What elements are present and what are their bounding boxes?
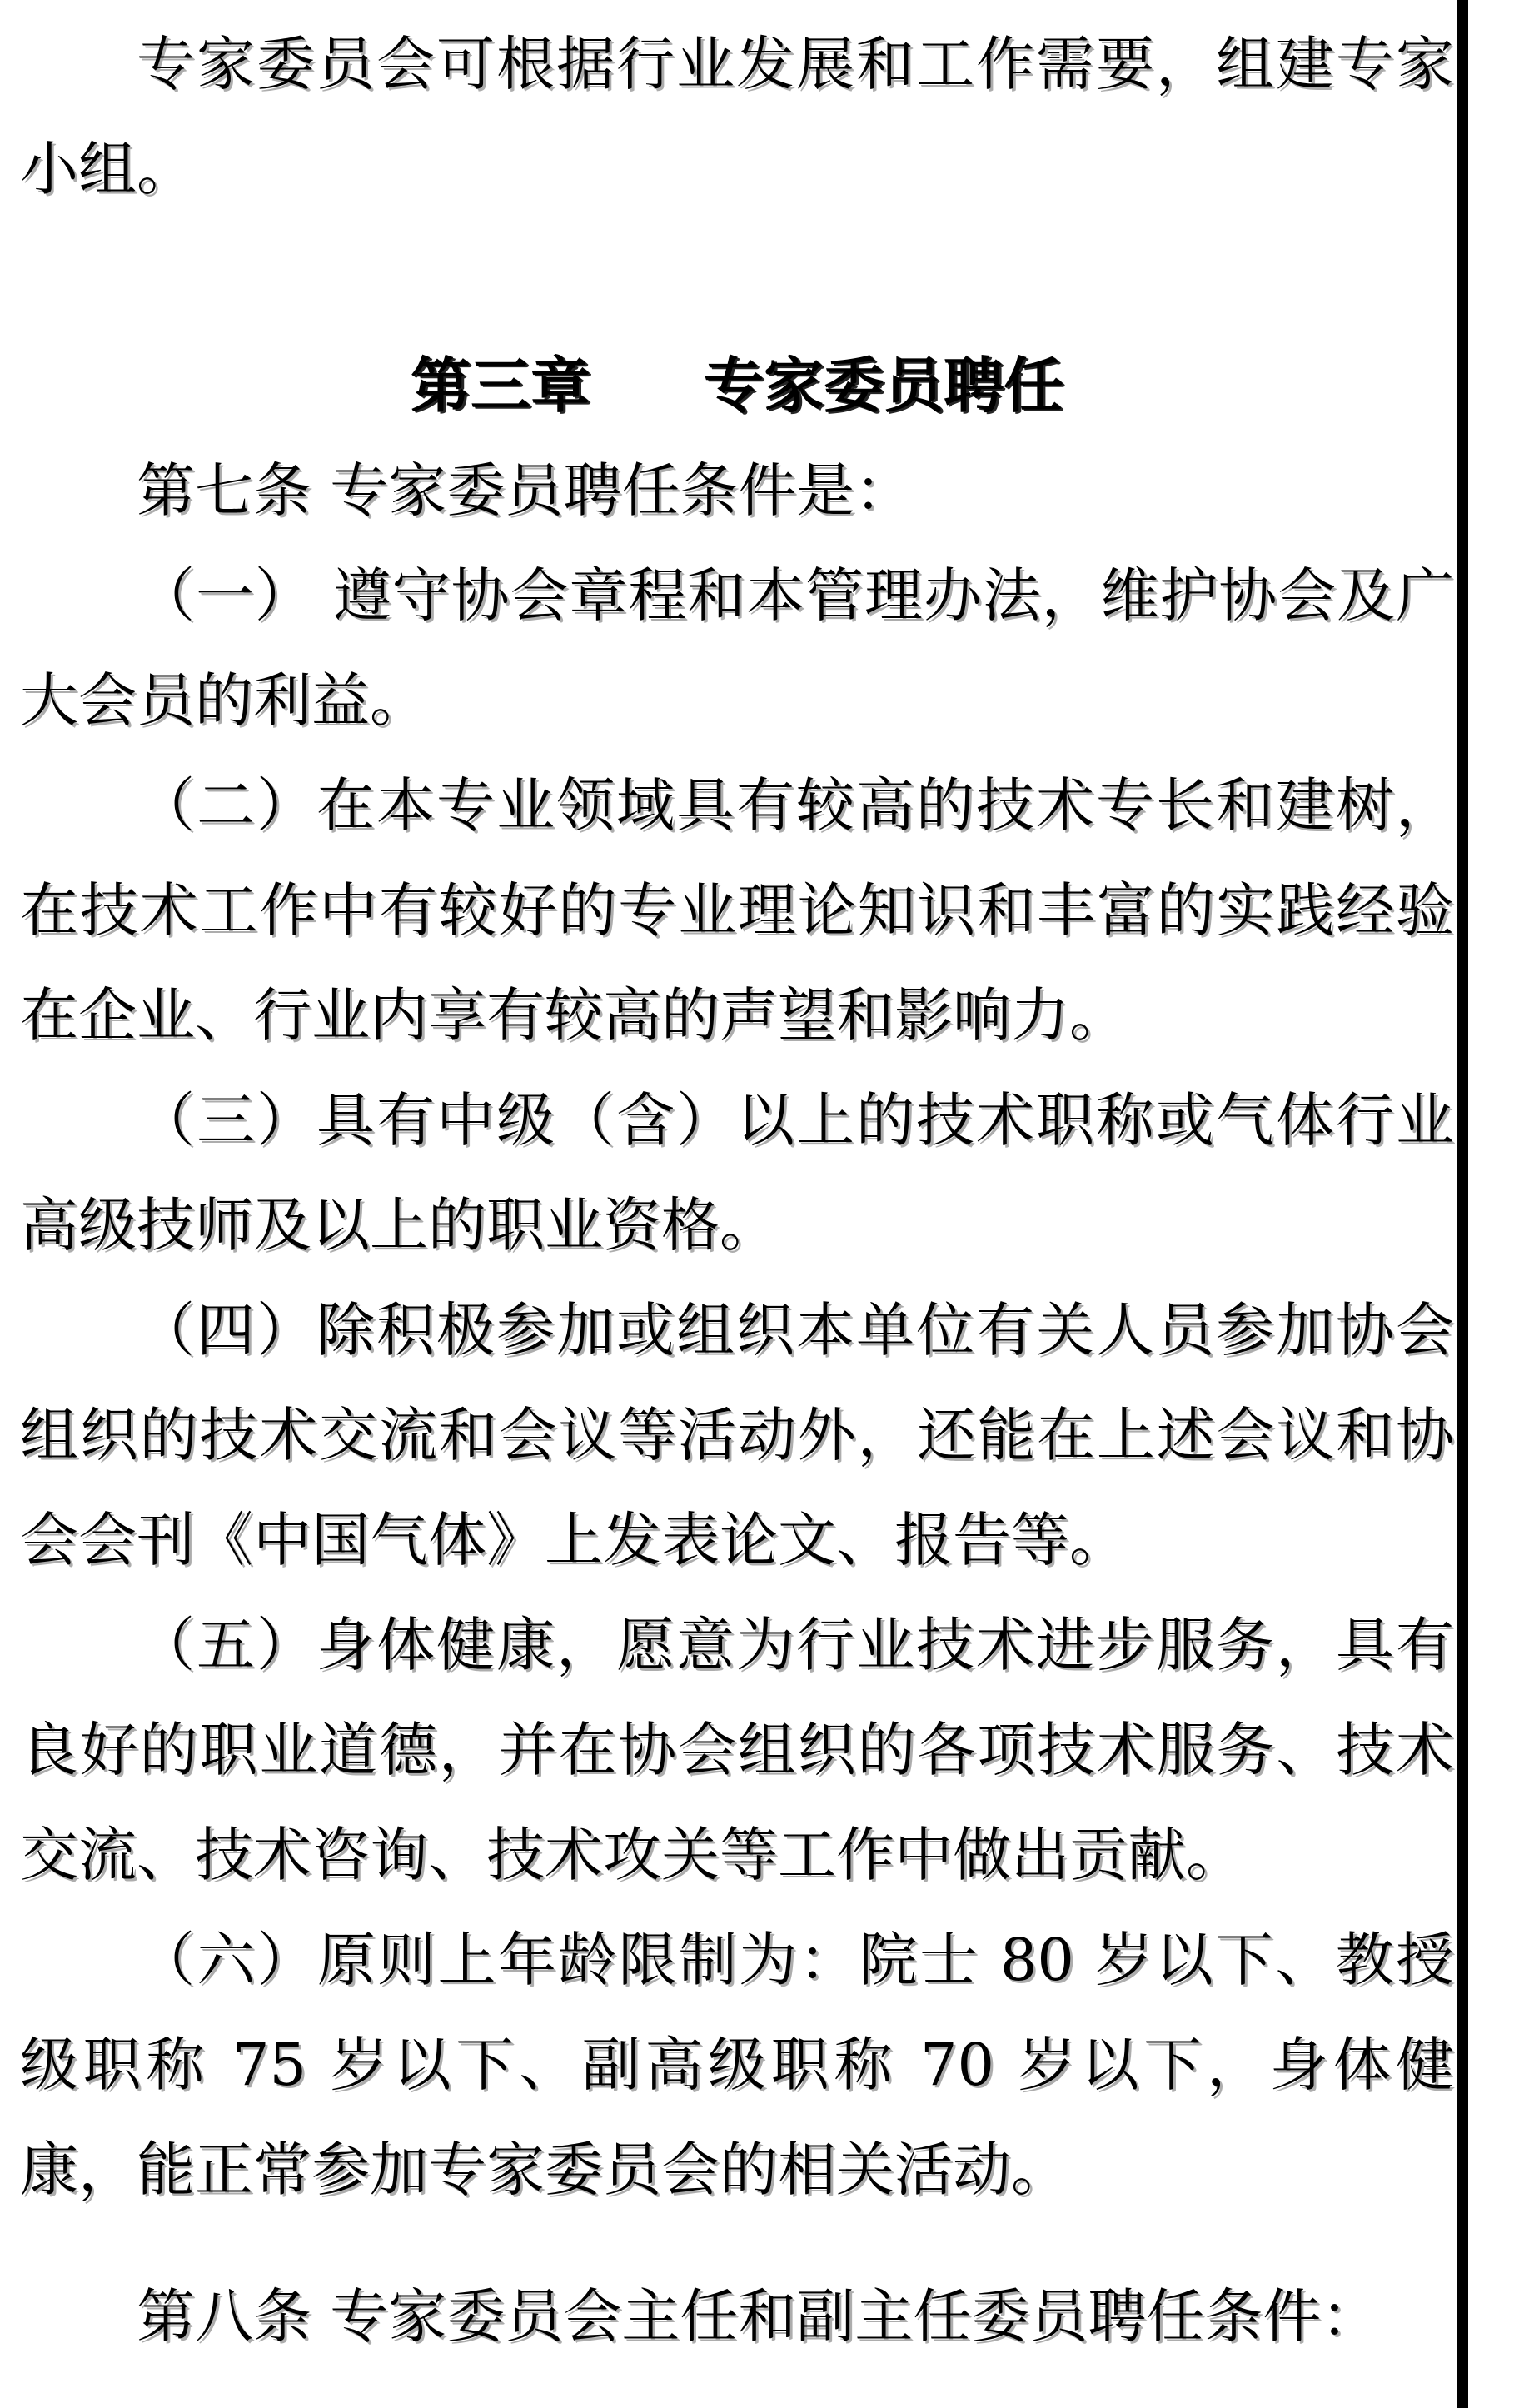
article-7-line: 第七条 专家委员聘任条件是： xyxy=(20,438,1454,543)
intro-paragraph: 专家委员会可根据行业发展和工作需要，组建专家小组。 xyxy=(20,12,1454,222)
page-border-rule xyxy=(1457,0,1468,2408)
clause-item-1: （一） 遵守协会章程和本管理办法，维护协会及广大会员的利益。 xyxy=(20,543,1454,753)
chapter-title: 专家委员聘任 xyxy=(704,333,1063,438)
clause-item-4: （四）除积极参加或组织本单位有关人员参加协会组织的技术交流和会议等活动外，还能在… xyxy=(20,1278,1454,1593)
clause-item-5: （五）身体健康，愿意为行业技术进步服务，具有良好的职业道德，并在协会组织的各项技… xyxy=(20,1593,1454,1907)
text-column: 专家委员会可根据行业发展和工作需要，组建专家小组。 第三章 专家委员聘任 第七条… xyxy=(20,12,1454,2369)
clause-item-6: （六）原则上年龄限制为：院士 80 岁以下、教授级职称 75 岁以下、副高级职称… xyxy=(20,1907,1454,2222)
chapter-heading: 第三章 专家委员聘任 xyxy=(20,333,1454,438)
paragraph-gap xyxy=(20,222,1454,333)
article-8-line: 第八条 专家委员会主任和副主任委员聘任条件： xyxy=(20,2264,1454,2369)
clause-item-2: （二）在本专业领域具有较高的技术专长和建树，在技术工作中有较好的专业理论知识和丰… xyxy=(20,753,1454,1068)
clause-item-3: （三）具有中级（含）以上的技术职称或气体行业高级技师及以上的职业资格。 xyxy=(20,1068,1454,1278)
chapter-number: 第三章 xyxy=(411,333,590,438)
document-page: 专家委员会可根据行业发展和工作需要，组建专家小组。 第三章 专家委员聘任 第七条… xyxy=(0,0,1519,2408)
